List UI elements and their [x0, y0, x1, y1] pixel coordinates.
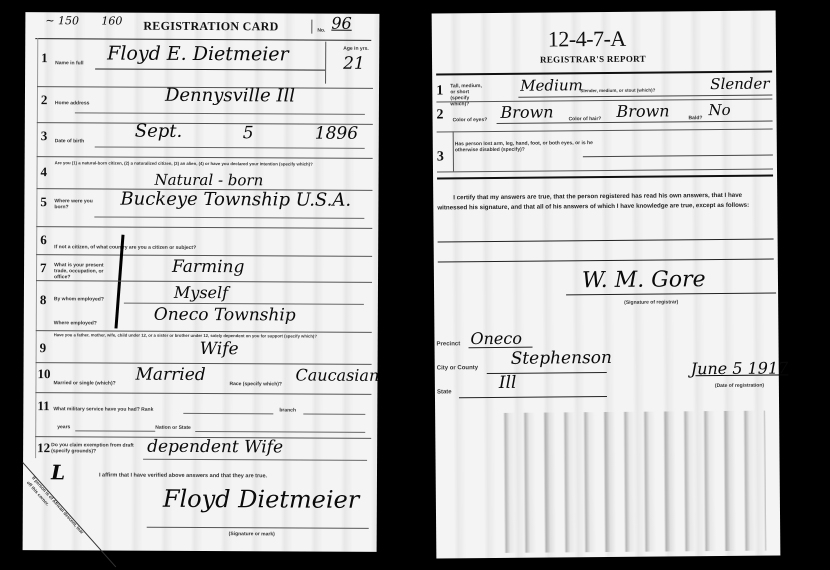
row-number: 4	[41, 164, 48, 180]
military-label: What military service have you had? Rank	[53, 406, 153, 413]
divider	[36, 226, 372, 229]
name-label: Name in full	[55, 60, 83, 66]
serial-number: 96	[331, 14, 351, 33]
divider	[35, 38, 38, 458]
date-caption: (Date of registration)	[715, 383, 764, 389]
divider	[75, 430, 155, 431]
disability-label: Has person lost arm, leg, hand, foot, or…	[455, 140, 595, 153]
divider	[95, 68, 325, 70]
nation-label: Nation or State	[155, 425, 191, 431]
row-number: 11	[37, 398, 49, 414]
divider	[35, 392, 371, 395]
corner-note-2: 160	[101, 14, 122, 27]
marital-label: Married or single (which)?	[53, 380, 115, 386]
row-number: 8	[40, 292, 47, 308]
scan-artifact	[495, 411, 766, 553]
divider	[325, 42, 326, 84]
occupation-value: Farming	[172, 257, 244, 277]
branch-label: branch	[279, 407, 296, 413]
divider	[143, 459, 367, 461]
report-title: REGISTRAR'S REPORT	[540, 54, 646, 65]
race-value: Caucasian	[295, 365, 379, 384]
bald-value: No	[708, 101, 730, 119]
country-label: If not a citizen, of what country are yo…	[54, 244, 196, 251]
employer-label: By whom employed?	[54, 296, 104, 302]
height-label: Tall, medium, or short (specify which)?	[450, 83, 482, 107]
divider	[311, 20, 312, 34]
name-value: Floyd E. Dietmeier	[107, 43, 289, 66]
birth-day: 5	[243, 123, 254, 143]
divider	[459, 396, 607, 398]
birthplace-label: Where were you born?	[54, 198, 94, 210]
citizenship-label: Are you (1) a natural-born citizen, (2) …	[55, 160, 313, 166]
row-number: 10	[37, 366, 50, 382]
birth-month: Sept.	[135, 121, 183, 142]
row-number: 2	[436, 107, 443, 123]
row-number: 6	[40, 232, 47, 248]
dependents-value: Wife	[200, 339, 239, 359]
county-label: City or County	[437, 365, 478, 371]
registrar-signature-caption: (Signature of registrar)	[624, 299, 678, 305]
registrars-report-card: 12-4-7-A REGISTRAR'S REPORT 1 Tall, medi…	[432, 11, 781, 559]
divider	[438, 239, 774, 243]
side-mark: L	[51, 460, 65, 484]
divider	[518, 95, 772, 98]
hair-color-value: Brown	[616, 101, 669, 120]
birthplace-value: Buckeye Township U.S.A.	[120, 189, 351, 211]
work-location-label: Where employed?	[54, 320, 97, 326]
work-location-value: Oneco Township	[154, 305, 296, 326]
affirmation-text: I affirm that I have verified above answ…	[99, 472, 267, 479]
employer-value: Myself	[174, 283, 228, 302]
row-number: 3	[437, 149, 444, 165]
divider	[303, 414, 365, 415]
years-label: years	[57, 424, 70, 430]
corner-note-1: ~ 150	[45, 14, 79, 27]
build-label: Slender, medium, or stout (which)?	[580, 88, 655, 94]
corner-stamp-text: If person is of African descent, tear of…	[25, 475, 89, 544]
exemption-value: dependent Wife	[147, 437, 283, 458]
state-label: State	[437, 389, 452, 395]
registrar-signature: W. M. Gore	[582, 267, 706, 293]
county-value: Stephenson	[511, 348, 612, 369]
age-value: 21	[343, 54, 365, 74]
registration-date: June 5 1917	[691, 358, 789, 378]
divider	[437, 175, 773, 180]
precinct-label: Precinct	[436, 341, 460, 347]
divider	[438, 259, 774, 263]
row-number: 1	[41, 50, 48, 66]
citizenship-value: Natural - born	[154, 171, 263, 190]
divider	[37, 156, 373, 159]
state-value: Ill	[499, 373, 517, 393]
registrant-signature: Floyd Dietmeier	[163, 485, 360, 514]
divider	[95, 146, 365, 148]
card-title: REGISTRATION CARD	[143, 19, 278, 35]
row-number: 1	[436, 83, 443, 99]
divider	[437, 169, 773, 173]
race-label: Race (specify which)?	[229, 381, 282, 387]
precinct-value: Oneco	[470, 329, 522, 348]
divider	[437, 129, 773, 133]
registration-card: ~ 150 160 REGISTRATION CARD No. 96 1 Nam…	[23, 12, 380, 552]
address-label: Home address	[55, 100, 89, 106]
divider	[183, 413, 273, 414]
address-value: Dennysville Ill	[165, 85, 295, 107]
row-number: 3	[41, 128, 48, 144]
occupation-label: What is your present trade, occupation, …	[54, 262, 104, 280]
row-number: 5	[40, 194, 47, 210]
report-number: 12-4-7-A	[548, 26, 626, 53]
dependents-label: Have you a father, mother, wife, child u…	[54, 332, 317, 338]
height-value: Medium	[520, 76, 583, 95]
certification-text: I certify that my answers are true, that…	[437, 191, 773, 214]
row-number: 2	[41, 92, 48, 108]
age-label: Age in yrs.	[343, 46, 369, 52]
divider	[94, 216, 364, 218]
row-number: 9	[40, 340, 47, 356]
divider	[453, 131, 454, 171]
exemption-label: Do you claim exemption from draft (speci…	[51, 442, 141, 454]
divider	[195, 431, 365, 433]
birth-year: 1896	[315, 124, 358, 144]
marital-value: Married	[135, 365, 205, 385]
divider	[583, 155, 773, 158]
divider	[75, 112, 365, 115]
signature-caption: (Signature or mark)	[229, 531, 275, 537]
eye-color-value: Brown	[500, 102, 553, 121]
divider	[147, 527, 369, 529]
row-number: 7	[40, 260, 47, 276]
birth-label: Date of birth	[55, 138, 84, 144]
divider	[35, 38, 371, 41]
number-label: No.	[317, 28, 325, 34]
row-number: 12	[37, 440, 50, 456]
build-value: Slender	[710, 75, 769, 94]
eye-color-label: Color of eyes?	[453, 117, 488, 123]
